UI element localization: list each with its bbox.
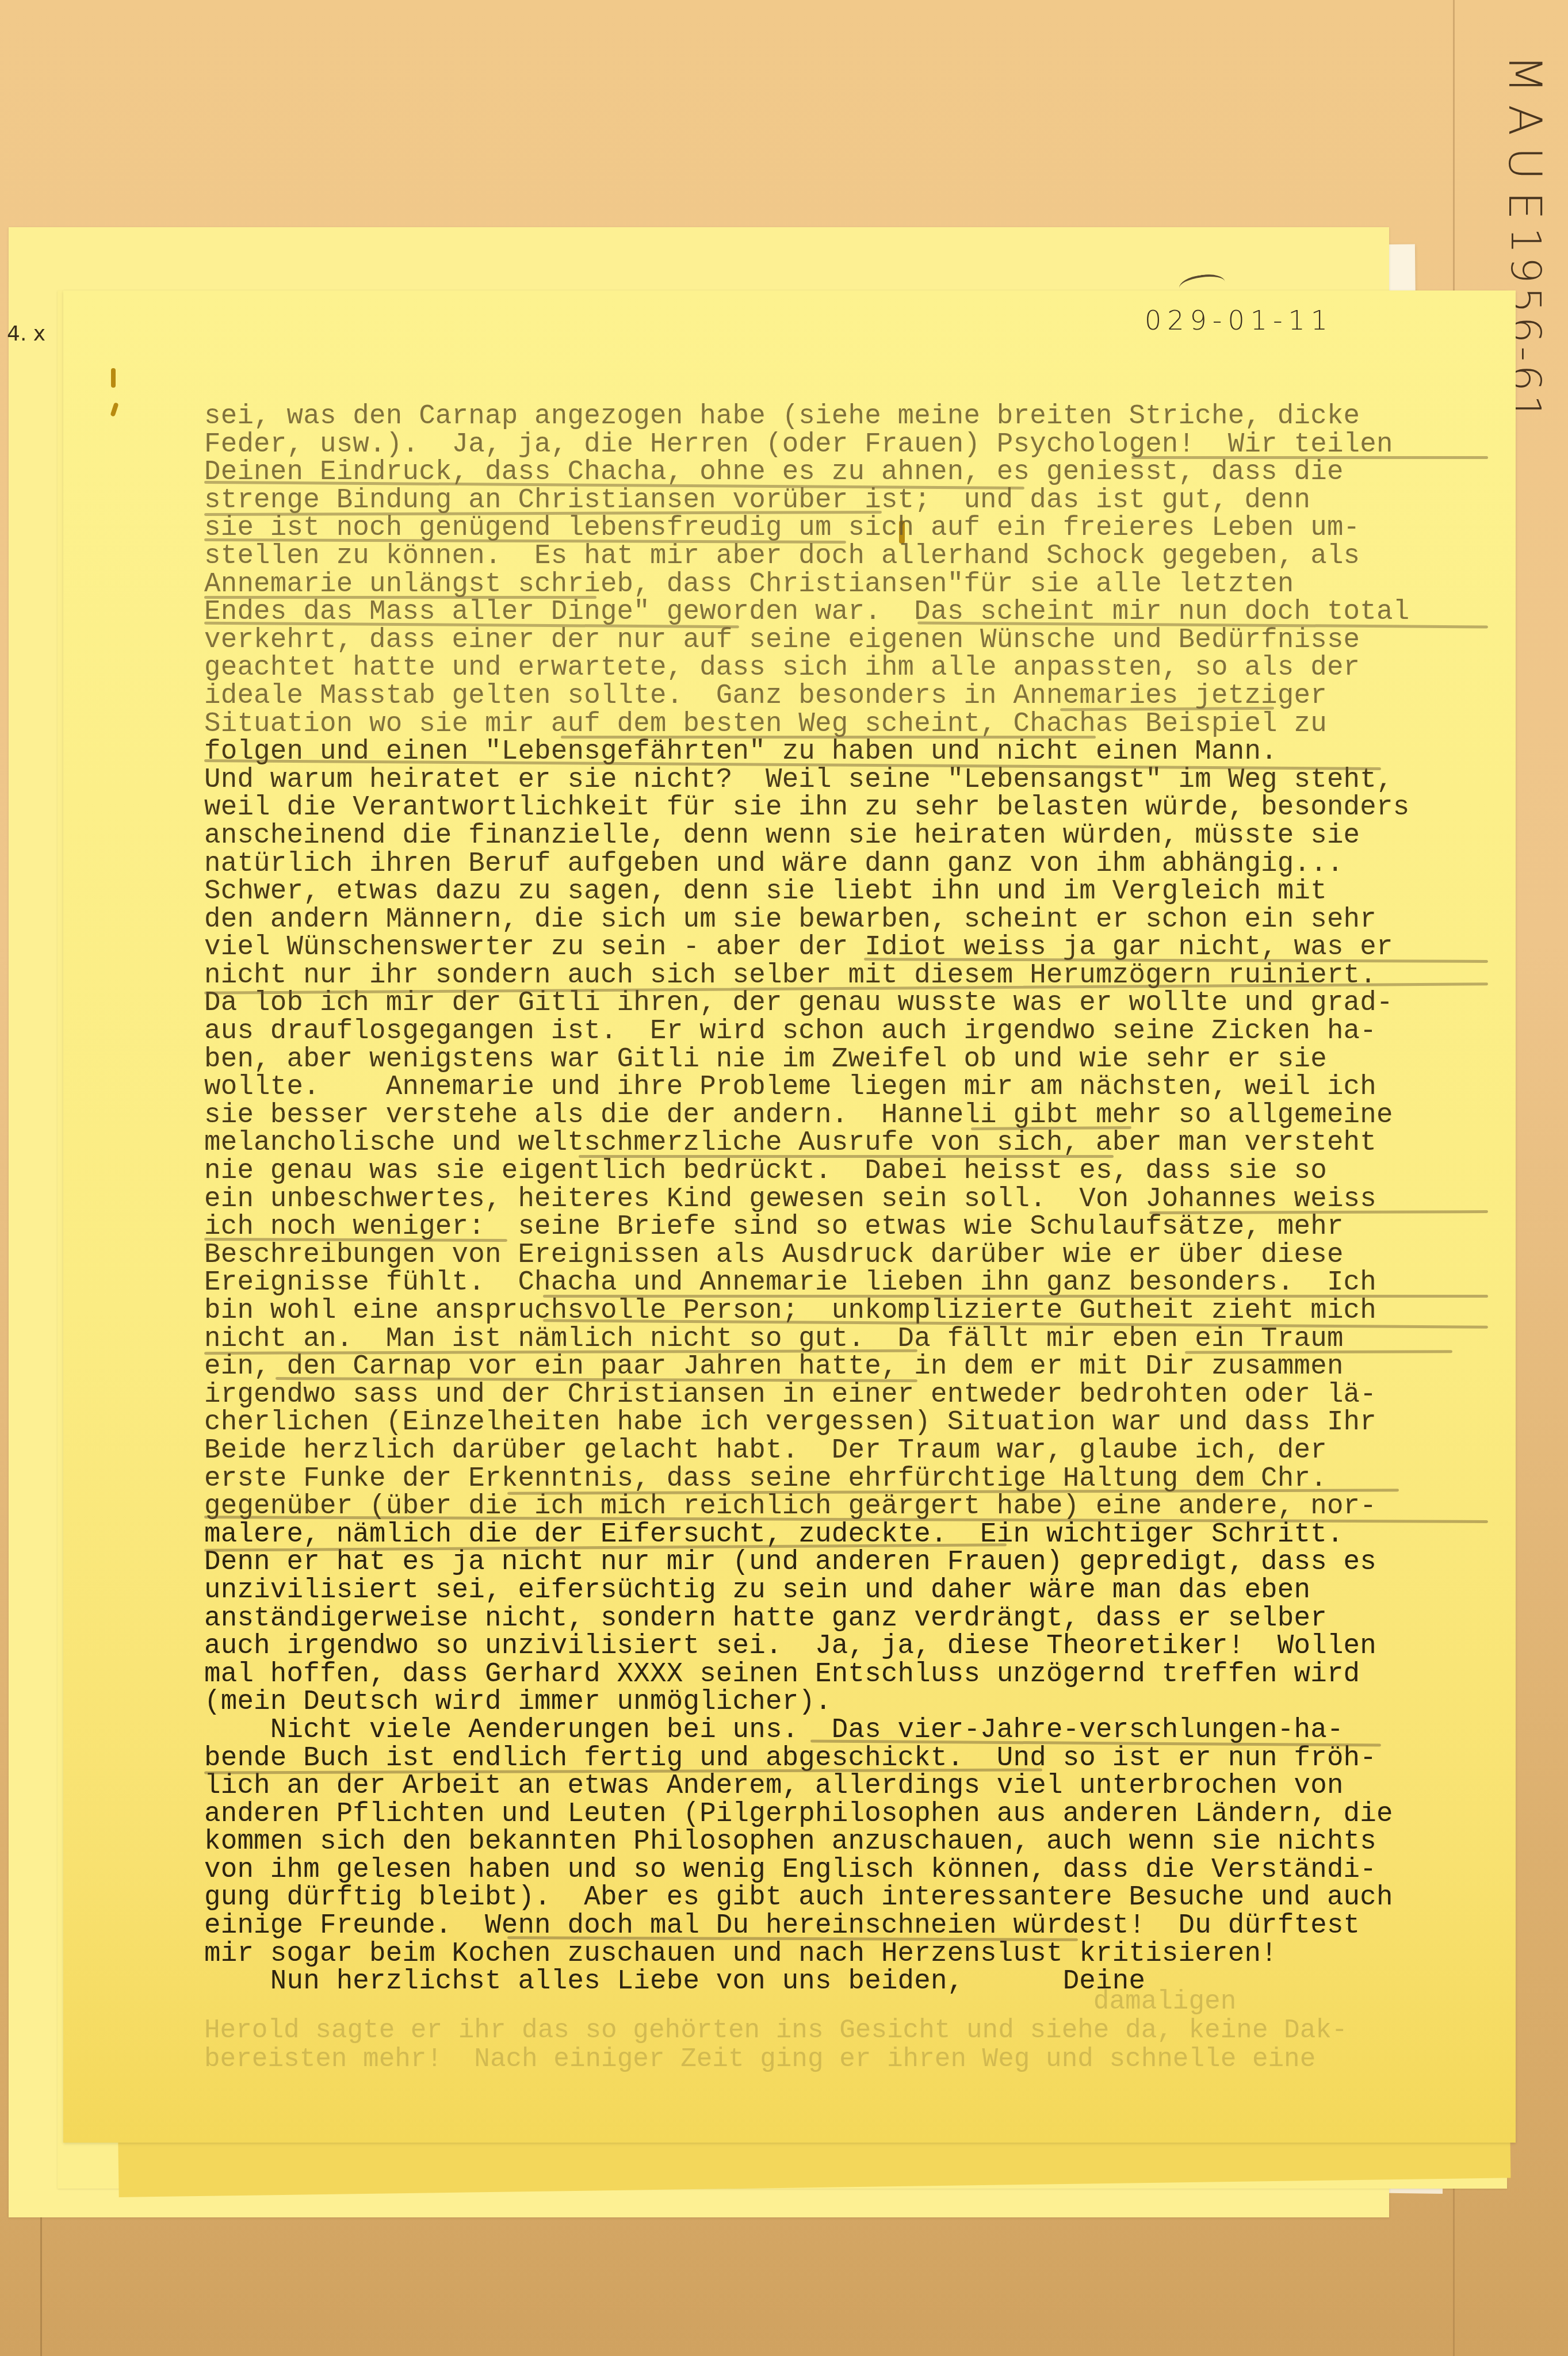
letter-line: viel Wünschenswerter zu sein - aber der … [204,934,1481,962]
letter-line: stellen zu können. Es hat mir aber doch … [204,542,1481,571]
letter-line: sie besser verstehe als die der andern. … [204,1101,1481,1130]
letter-line: sei, was den Carnap angezogen habe (sieh… [204,403,1481,431]
letter-line: Beschreibungen von Ereignissen als Ausdr… [204,1241,1481,1269]
letter-line: Und warum heiratet er sie nicht? Weil se… [204,766,1481,794]
letter-line: sie ist noch genügend lebensfreudig um s… [204,514,1481,542]
letter-line: anständigerweise nicht, sondern hatte ga… [204,1605,1481,1633]
letter-line: natürlich ihren Beruf aufgeben und wäre … [204,850,1481,878]
letter-line: strenge Bindung an Christiansen vorüber … [204,487,1481,515]
letter-line: erste Funke der Erkenntnis, dass seine e… [204,1465,1481,1493]
pencil-underline [1131,456,1488,459]
letter-line: den andern Männern, die sich um sie bewa… [204,906,1481,934]
letter-line: nicht an. Man ist nämlich nicht so gut. … [204,1325,1481,1353]
letter-line: unzivilisiert sei, eifersüchtig zu sein … [204,1577,1481,1605]
letter-line: gung dürftig bleibt). Aber es gibt auch … [204,1884,1481,1912]
letter-line: anderen Pflichten und Leuten (Pilgerphil… [204,1800,1481,1829]
letter-line: melancholische und weltschmerzliche Ausr… [204,1129,1481,1157]
letter-line: ein, den Carnap vor ein paar Jahren hatt… [204,1353,1481,1381]
letter-line: Ereignisse fühlt. Chacha und Annemarie l… [204,1269,1481,1297]
archive-document-id: 029-01-11 [1145,305,1333,336]
letter-line: ein unbeschwertes, heiteres Kind gewesen… [204,1185,1481,1214]
letter-line: Schwer, etwas dazu zu sagen, denn sie li… [204,878,1481,906]
letter-line: anscheinend die finanzielle, denn wenn s… [204,822,1481,850]
letter-line: Situation wo sie mir auf dem besten Weg … [204,710,1481,739]
letter-line: Annemarie unlängst schrieb, dass Christi… [204,571,1481,599]
pencil-underline [204,596,596,599]
letter-line: cherlichen (Einzelheiten habe ich verges… [204,1409,1481,1437]
letter-line: nie genau was sie eigentlich bedrückt. D… [204,1157,1481,1185]
letter-line: verkehrt, dass einer der nur auf seine e… [204,626,1481,655]
staple-mark [111,368,116,388]
bleed-through-text: damaligenHerold sagte er ihr das so gehö… [204,1987,1481,2074]
letter-line: Endes das Mass aller Dinge" geworden war… [204,598,1481,626]
letter-line: weil die Verantwortlichkeit für sie ihn … [204,794,1481,822]
letter-line: mal hoffen, dass Gerhard XXXX seinen Ent… [204,1661,1481,1689]
underlying-page-number: 4. x [7,322,45,346]
letter-line: Beide herzlich darüber gelacht habt. Der… [204,1437,1481,1465]
pencil-underline [543,1295,1488,1298]
letter-line: auch irgendwo so unzivilisiert sei. Ja, … [204,1632,1481,1661]
letter-line: irgendwo sass und der Christiansen in ei… [204,1381,1481,1409]
letter-line: mir sogar beim Kochen zuschauen und nach… [204,1940,1481,1968]
letter-line: lich an der Arbeit an etwas Anderem, all… [204,1772,1481,1800]
letter-line: Feder, usw.). Ja, ja, die Herren (oder F… [204,431,1481,459]
letter-line: einige Freunde. Wenn doch mal Du hereins… [204,1912,1481,1940]
letter-line: geachtet hatte und erwartete, dass sich … [204,654,1481,682]
letter-line: ben, aber wenigstens war Gitli nie im Zw… [204,1046,1481,1074]
letter-line: kommen sich den bekannten Philosophen an… [204,1828,1481,1856]
letter-line: Denn er hat es ja nicht nur mir (und and… [204,1548,1481,1577]
letter-line: (mein Deutsch wird immer unmöglicher). [204,1688,1481,1716]
typed-letter-body: sei, was den Carnap angezogen habe (sieh… [204,403,1481,1996]
letter-line: wollte. Annemarie und ihre Probleme lieg… [204,1073,1481,1101]
letter-line: aus drauflosgegangen ist. Er wird schon … [204,1018,1481,1046]
pencil-underline [579,1155,1114,1158]
letter-line: ideale Masstab gelten sollte. Ganz beson… [204,682,1481,710]
pencil-underline [561,736,1096,739]
letter-line: Nun herzlichst alles Liebe von uns beide… [204,1968,1481,1996]
letter-line: bende Buch ist endlich fertig und abgesc… [204,1745,1481,1773]
letter-line: Da lob ich mir der Gitli ihren, der gena… [204,989,1481,1018]
letter-line: ich noch weniger: seine Briefe sind so e… [204,1213,1481,1241]
letter-line: von ihm gelesen haben und so wenig Engli… [204,1856,1481,1884]
bleed-through-line: Herold sagte er ihr das so gehörten ins … [204,2016,1481,2045]
bleed-through-line: bereisten mehr! Nach einiger Zeit ging e… [204,2045,1481,2074]
